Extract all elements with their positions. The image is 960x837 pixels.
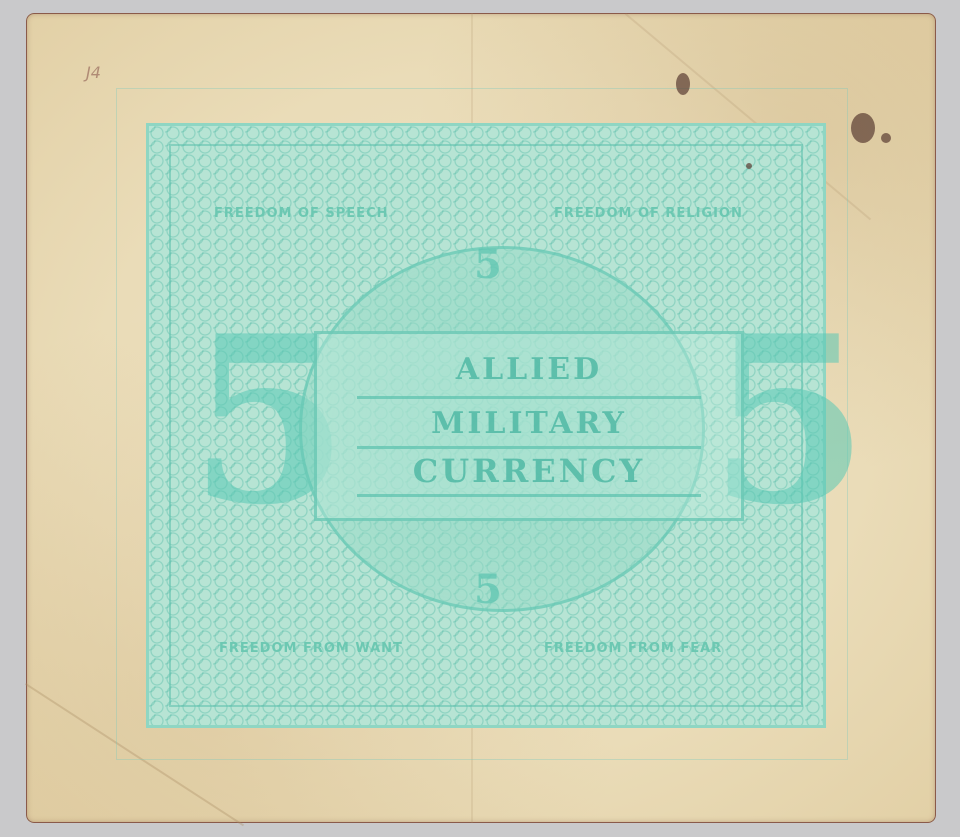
stain [676,73,690,95]
text-allied: ALLIED [317,352,741,387]
text-freedom-from-fear: FREEDOM FROM FEAR [544,641,722,656]
rule-3 [357,494,701,497]
guilloche-panel: FREEDOM OF SPEECH FREEDOM OF RELIGION FR… [146,123,826,728]
text-freedom-of-religion: FREEDOM OF RELIGION [554,206,743,221]
text-freedom-from-want: FREEDOM FROM WANT [219,641,403,656]
stain [881,133,891,143]
stain [746,163,752,169]
central-cartouche: ALLIED MILITARY CURRENCY [314,331,744,521]
numeral-top: 5 [474,241,502,288]
pencil-mark: J4 [86,63,101,82]
text-currency: CURRENCY [317,452,741,490]
text-military: MILITARY [317,406,741,441]
stain [851,113,875,143]
rule-1 [357,396,701,399]
numeral-bottom: 5 [474,566,502,613]
text-freedom-of-speech: FREEDOM OF SPEECH [214,206,389,221]
rule-2 [357,446,701,449]
banknote: J4 FREEDOM OF SPEECH FREEDOM OF RELIGION… [26,13,936,823]
